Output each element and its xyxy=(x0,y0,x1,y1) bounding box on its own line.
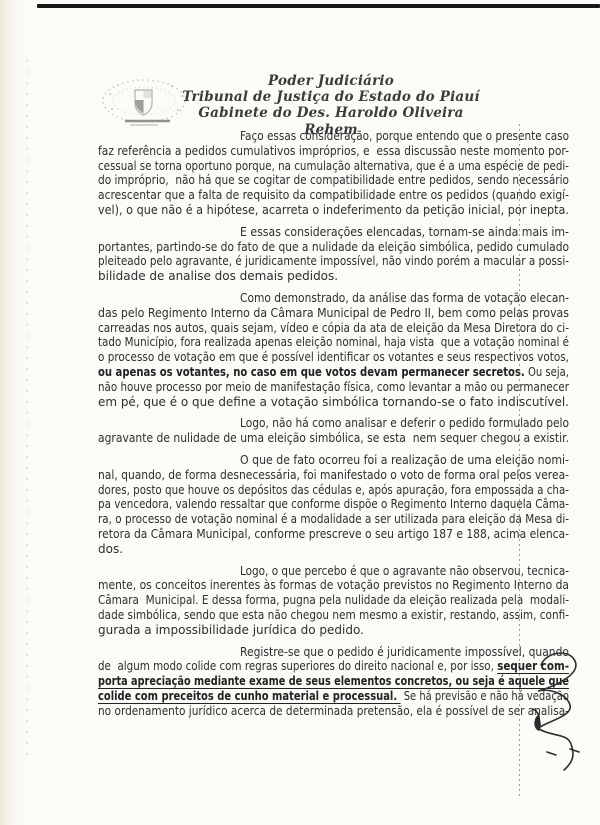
fold-crease-line xyxy=(519,124,520,796)
text-line: em pé, que é o que define a votação simb… xyxy=(98,395,569,410)
header-tribunal: Tribunal de Justiça do Estado do Piauí xyxy=(170,89,492,105)
text-line: mente, os conceitos inerentes às formas … xyxy=(98,578,569,593)
text-line: dos. xyxy=(98,542,569,557)
text-line: porta apreciação mediante exame de seus … xyxy=(98,674,569,689)
text-line: portantes, partindo-se do fato de que a … xyxy=(98,240,569,255)
paragraph: E essas considerações elencadas, tornam-… xyxy=(98,225,569,284)
text-line: faz referência a pedidos cumulativos imp… xyxy=(98,144,569,159)
paragraph: Registre-se que o pedido é juridicamente… xyxy=(98,645,569,719)
paragraph: Faço essas consideração, porque entendo … xyxy=(98,129,569,218)
text-line: das pelo Regimento Interno da Câmara Mun… xyxy=(98,306,569,321)
text-line: carreadas nos autos, quais sejam, vídeo … xyxy=(98,321,569,336)
scanned-page: Poder Judiciário Tribunal de Justiça do … xyxy=(0,0,600,825)
paragraph: Logo, não há como analisar e deferir o p… xyxy=(98,416,569,446)
header-court: Poder Judiciário xyxy=(170,73,492,89)
text-line: cessual se torna oportuno porque, na cum… xyxy=(98,159,569,174)
document-body: Faço essas consideração, porque entendo … xyxy=(98,129,569,725)
text-line: gurada a impossibilidade jurídica do ped… xyxy=(98,623,569,638)
text-line: tado Município, fora realizada apenas el… xyxy=(98,335,569,350)
text-line: dores, posto que houve os depósitos das … xyxy=(98,483,569,498)
text-line: acrescentar que a falta de requisito da … xyxy=(98,188,569,203)
text-line: não houve processo por meio de manifesta… xyxy=(98,380,569,395)
text-line: colide com preceitos de cunho material e… xyxy=(98,689,569,704)
text-line: retora da Câmara Municipal, conforme pre… xyxy=(98,527,569,542)
text-line: ra, o processo de votação nominal é a mo… xyxy=(98,512,569,527)
text-line: pa vencedora, valendo ressaltar que conf… xyxy=(98,497,569,512)
text-line: dade simbólica, sendo que esta não chego… xyxy=(98,608,569,623)
scan-noise-strip xyxy=(26,60,28,760)
text-line: bilidade de analise dos demais pedidos. xyxy=(98,269,569,284)
paragraph: Como demonstrado, da análise das forma d… xyxy=(98,291,569,409)
text-line: ou apenas os votantes, no caso em que vo… xyxy=(98,365,569,380)
text-line: agravante de nulidade de uma eleição sim… xyxy=(98,431,569,446)
paragraph: O que de fato ocorreu foi a realização d… xyxy=(98,453,569,557)
text-line: vel), o que não é a hipótese, acarreta o… xyxy=(98,203,569,218)
paragraph: Logo, o que percebo é que o agravante nã… xyxy=(98,564,569,638)
text-line: Câmara Municipal. E dessa forma, pugna p… xyxy=(98,593,569,608)
text-line: no ordenamento jurídico acerca de determ… xyxy=(98,704,569,719)
text-line: pleiteado pelo agravante, é juridicament… xyxy=(98,254,569,269)
scanner-edge-line xyxy=(37,4,600,8)
text-line: de algum modo colide com regras superior… xyxy=(98,659,569,674)
text-line: o processo de votação em que é possível … xyxy=(98,350,569,365)
text-line: nal, quando, de forma desnecessária, foi… xyxy=(98,468,569,483)
text-line: do impróprio, não há que se cogitar de c… xyxy=(98,173,569,188)
